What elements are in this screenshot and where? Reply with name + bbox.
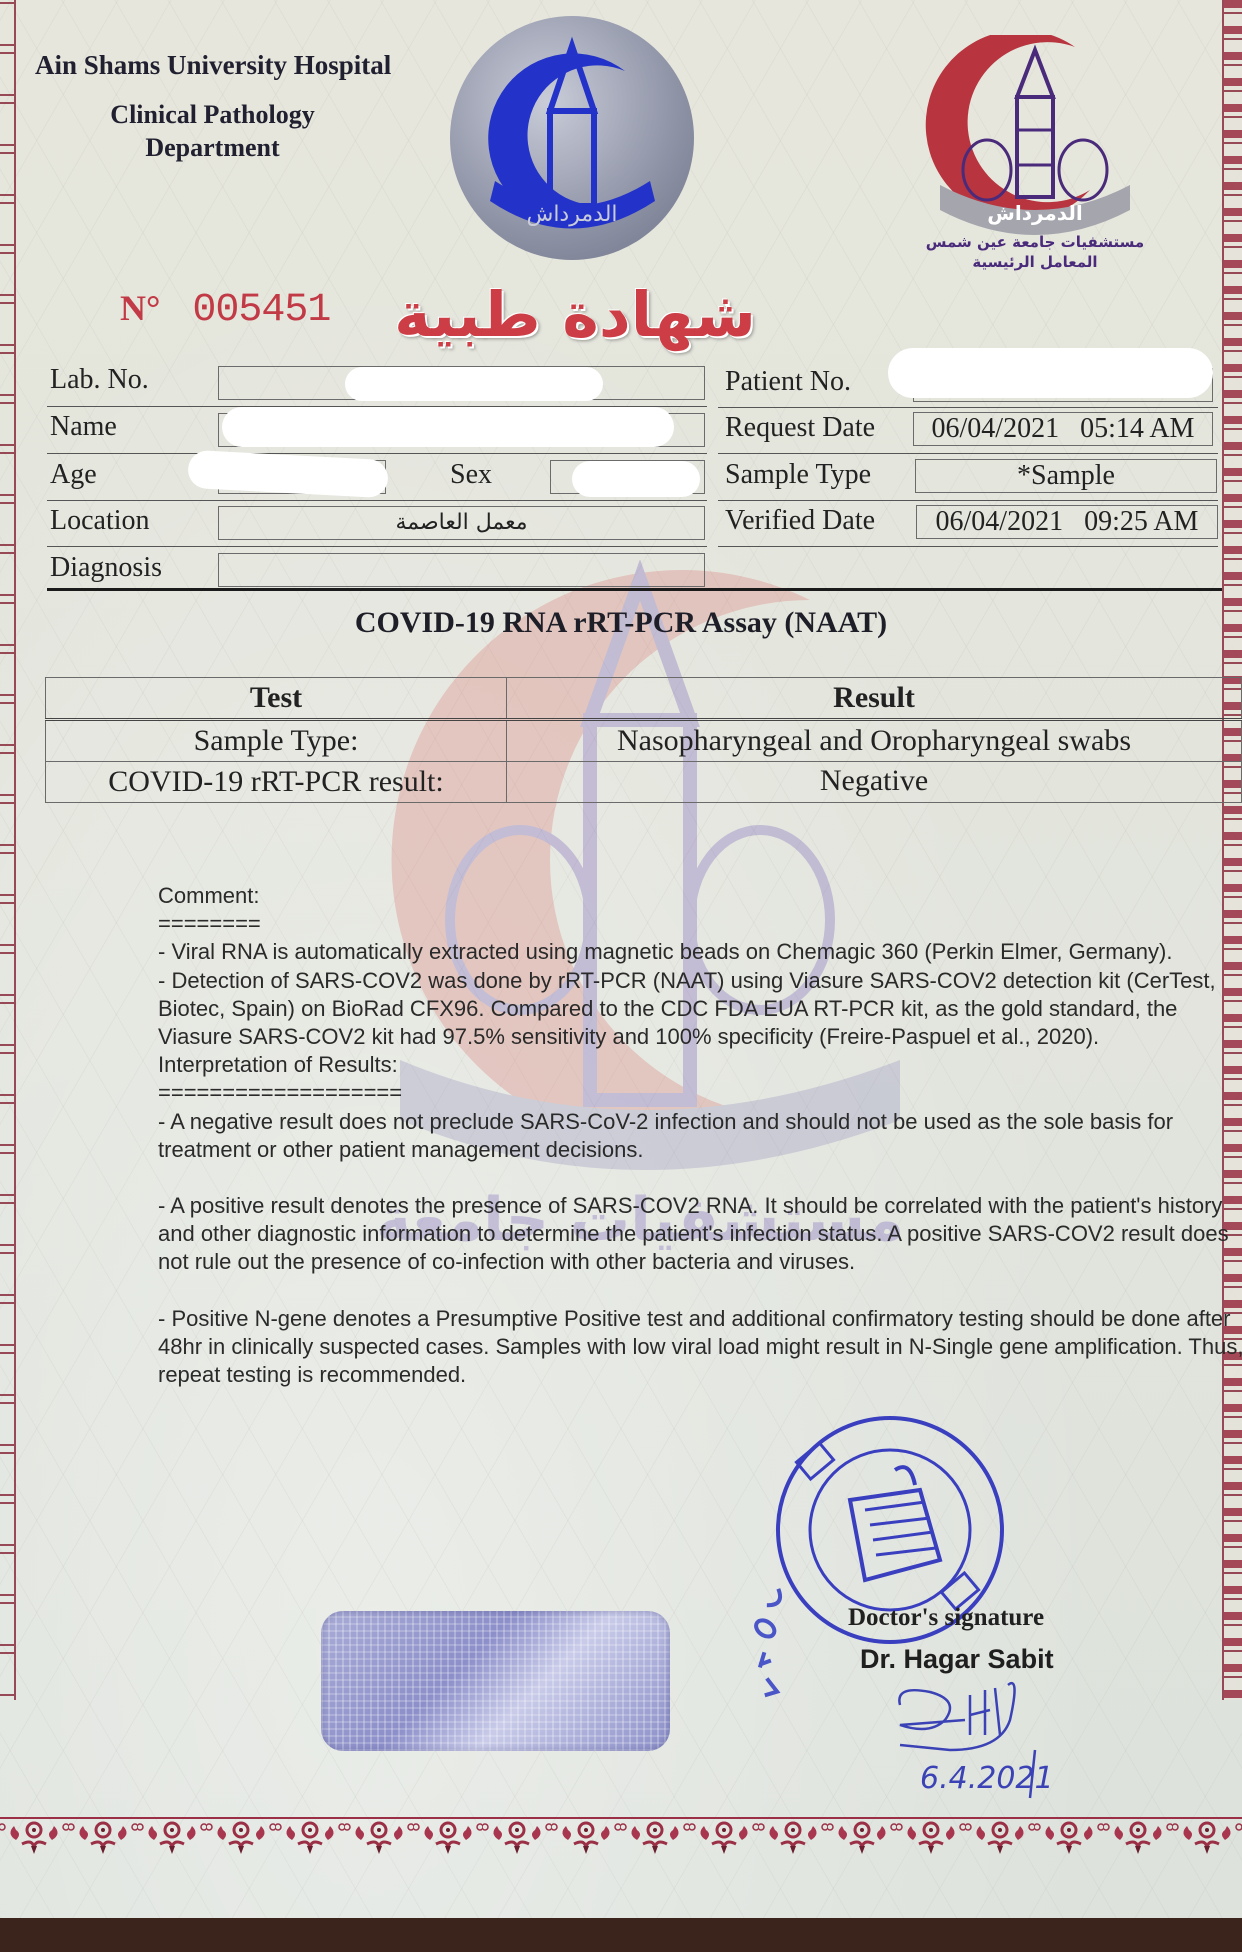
location-label: Location — [50, 505, 150, 537]
sample-type-label: Sample Type — [725, 459, 871, 491]
interpretation-paragraph: - A negative result does not preclude SA… — [158, 1108, 1242, 1164]
redaction — [222, 407, 674, 447]
comment-heading: Comment: — [158, 882, 1242, 910]
certificate-paper: مستشفيات جامعة Ain Shams University Hosp… — [0, 0, 1242, 1918]
section-divider — [47, 588, 1222, 591]
table-header-row: Test Result — [46, 678, 1242, 720]
comment-heading-rule: ======== — [158, 910, 1242, 938]
diagnosis-label: Diagnosis — [50, 552, 162, 584]
svg-text:المعامل الرئيسية: المعامل الرئيسية — [972, 253, 1097, 271]
date-stamp-icon — [718, 1580, 828, 1700]
ornamental-border-bottom — [0, 1812, 1242, 1854]
test-cell: Sample Type: — [46, 720, 507, 762]
serial-number: 005451 — [192, 288, 330, 333]
column-header-result: Result — [507, 678, 1242, 720]
svg-text:مستشفيات جامعة عين شمس: مستشفيات جامعة عين شمس — [926, 233, 1144, 251]
verified-date-field: 06/04/2021 09:25 AM — [916, 505, 1218, 539]
ornamental-border-left — [0, 0, 16, 1700]
handwritten-signature-icon: 6.4.2021 — [890, 1680, 1090, 1800]
test-cell: COVID-19 rRT-PCR result: — [46, 762, 507, 803]
doctor-name: Dr. Hagar Sabit — [860, 1644, 1054, 1675]
certificate-serial: N° 005451 — [120, 283, 330, 333]
comments-section: Comment: ======== - Viral RNA is automat… — [158, 882, 1242, 1389]
sample-type-field: *Sample — [915, 459, 1217, 493]
interpretation-paragraph: - Positive N-gene denotes a Presumptive … — [158, 1305, 1242, 1390]
hospital-name: Ain Shams University Hospital — [35, 50, 391, 81]
form-rule — [718, 500, 1218, 501]
sex-label: Sex — [450, 459, 492, 491]
table-row: Sample Type: Nasopharyngeal and Orophary… — [46, 720, 1242, 762]
result-cell: Nasopharyngeal and Oropharyngeal swabs — [507, 720, 1242, 762]
redaction — [345, 367, 603, 401]
hologram-sticker — [321, 1611, 670, 1751]
form-rule — [47, 500, 707, 501]
background-surface — [0, 1918, 1242, 1952]
location-field: معمل العاصمة — [218, 506, 705, 540]
svg-text:الدمرداش: الدمرداش — [987, 201, 1082, 225]
name-label: Name — [50, 411, 117, 443]
results-table: Test Result Sample Type: Nasopharyngeal … — [45, 677, 1242, 803]
patient-no-label: Patient No. — [725, 366, 851, 398]
embossed-seal-icon: الدمرداش — [450, 16, 694, 260]
assay-title: COVID-19 RNA rRT-PCR Assay (NAAT) — [0, 606, 1242, 640]
age-label: Age — [50, 459, 97, 491]
verified-date-label: Verified Date — [725, 505, 875, 537]
interpretation-heading: Interpretation of Results: — [158, 1051, 1242, 1079]
department-line-1: Clinical Pathology — [60, 98, 365, 131]
department-line-2: Department — [60, 131, 365, 164]
request-date-label: Request Date — [725, 412, 875, 444]
request-date-field: 06/04/2021 05:14 AM — [913, 412, 1213, 446]
form-rule — [47, 453, 707, 454]
ornamental-border-right — [1222, 0, 1242, 1700]
svg-text:الدمرداش: الدمرداش — [526, 202, 617, 227]
serial-symbol: N° — [120, 288, 160, 328]
department-name: Clinical Pathology Department — [60, 98, 365, 164]
column-header-test: Test — [46, 678, 507, 720]
redaction — [572, 461, 700, 497]
table-row: COVID-19 rRT-PCR result: Negative — [46, 762, 1242, 803]
form-rule — [47, 546, 707, 547]
certificate-title: شهادة طبية — [370, 278, 780, 351]
form-rule — [718, 453, 1218, 454]
form-rule — [718, 407, 1218, 408]
signature-title: Doctor's signature — [848, 1604, 1044, 1632]
comment-paragraph: - Detection of SARS-COV2 was done by rRT… — [158, 967, 1242, 1052]
comment-paragraph: - Viral RNA is automatically extracted u… — [158, 938, 1242, 966]
hospital-logo-icon: الدمرداش مستشفيات جامعة عين شمس المعامل … — [925, 35, 1145, 275]
redaction — [888, 348, 1213, 398]
interpretation-paragraph: - A positive result denotes the presence… — [158, 1192, 1242, 1277]
form-rule — [718, 546, 1218, 547]
diagnosis-field — [218, 553, 705, 587]
lab-no-label: Lab. No. — [50, 364, 149, 396]
interpretation-rule: =================== — [158, 1079, 1242, 1107]
result-cell: Negative — [507, 762, 1242, 803]
